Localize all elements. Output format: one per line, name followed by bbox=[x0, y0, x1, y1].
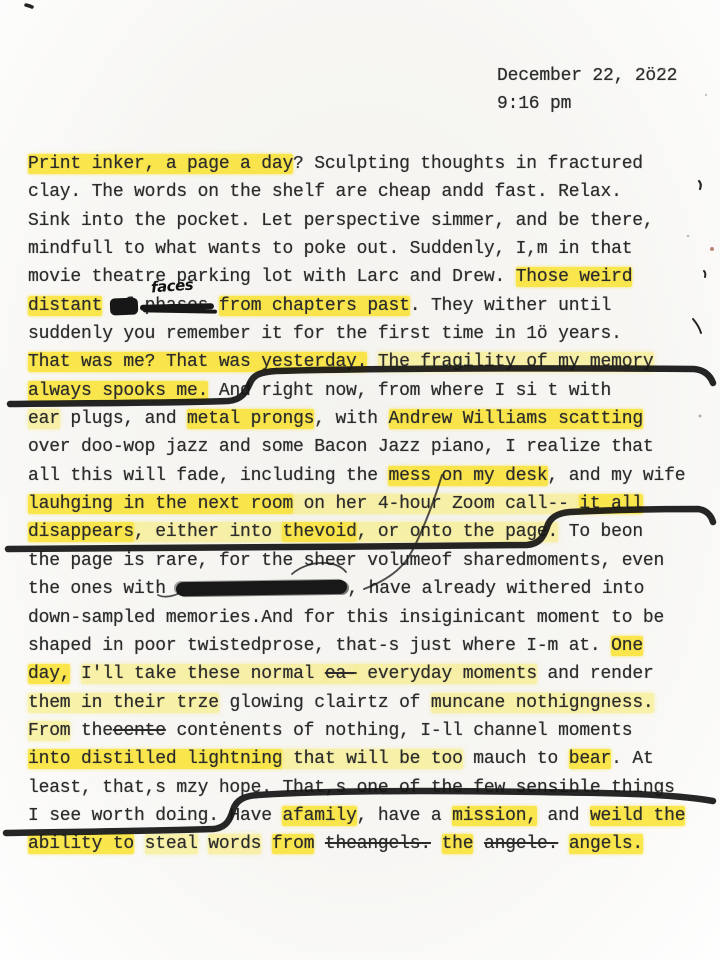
text-segment: plugs, and bbox=[60, 409, 187, 429]
highlighted-text: bear bbox=[569, 749, 611, 769]
highlighted-text: Print inker, a page a day bbox=[28, 154, 293, 174]
text-line: From theeente contėnents of nothing, I-l… bbox=[28, 717, 716, 745]
text-segment bbox=[198, 834, 209, 854]
text-segment: the ones with bbox=[28, 579, 176, 599]
typed-struck-text: angele. bbox=[484, 834, 558, 854]
text-line: disappears, either into thevoid, or onto… bbox=[28, 518, 716, 546]
text-segment: mauch to bbox=[463, 749, 569, 769]
text-line: distant of phasesfaces from chapters pas… bbox=[28, 292, 716, 320]
text-line: movie theatre parking lot with Larc and … bbox=[28, 263, 716, 291]
text-segment: and bbox=[537, 806, 590, 826]
highlighted-text: From bbox=[28, 721, 70, 741]
text-line: Print inker, a page a day? Sculpting tho… bbox=[28, 150, 716, 178]
text-segment: ? Sculpting thoughts in fractured bbox=[293, 154, 643, 174]
highlighted-text: I'll take these normal bbox=[81, 664, 325, 684]
highlighted-text: always spooks me. bbox=[28, 381, 208, 401]
text-line: all this will fade, including the mess o… bbox=[28, 462, 716, 490]
highlighted-text: mission, bbox=[452, 806, 537, 826]
text-line: mindfull to what wants to poke out. Sudd… bbox=[28, 235, 716, 263]
handwritten-correction: faces bbox=[150, 277, 193, 295]
scanned-journal-page: December 22, 2ö22 9:16 pm Print inker, a… bbox=[0, 0, 720, 960]
typed-body: Print inker, a page a day? Sculpting tho… bbox=[28, 150, 716, 859]
highlighted-text: words bbox=[208, 834, 261, 854]
highlighted-text: Those weird bbox=[516, 267, 633, 287]
highlighted-text: Andrew Williams scatting bbox=[389, 409, 643, 429]
text-line: I see worth doing. Have afamily, have a … bbox=[28, 802, 716, 830]
text-segment: , with bbox=[314, 409, 388, 429]
text-segment bbox=[134, 834, 145, 854]
text-line: suddenly you remember it for the first t… bbox=[28, 320, 716, 348]
highlighted-text: The fragility of my memory bbox=[378, 352, 654, 372]
text-segment: movie theatre parking lot with Larc and … bbox=[28, 267, 516, 287]
text-segment bbox=[431, 834, 442, 854]
text-line: down-sampled memories.And for this insig… bbox=[28, 604, 716, 632]
correction-holder: phasesfaces bbox=[145, 296, 209, 316]
date-line: December 22, 2ö22 bbox=[497, 62, 677, 90]
text-segment: . They wither until bbox=[410, 296, 611, 316]
text-segment bbox=[558, 834, 569, 854]
text-segment: all this will fade, including the bbox=[28, 466, 388, 486]
highlighted-text: into distilled lightning bbox=[28, 749, 282, 769]
text-line: Sink into the pocket. Let perspective si… bbox=[28, 207, 716, 235]
text-segment: shaped in poor twistedprose, that-s just… bbox=[28, 636, 611, 656]
date-block: December 22, 2ö22 9:16 pm bbox=[497, 62, 677, 119]
text-line: them in their trze glowing clairtz of mu… bbox=[28, 689, 716, 717]
text-segment: I see worth doing. Have bbox=[28, 806, 282, 826]
text-segment: suddenly you remember it for the first t… bbox=[28, 324, 622, 344]
text-segment: clay. The words on the shelf are cheap a… bbox=[28, 182, 622, 202]
text-segment: down-sampled memories.And for this insig… bbox=[28, 608, 664, 628]
highlighted-text: from chapters past bbox=[219, 296, 410, 316]
text-segment bbox=[473, 834, 484, 854]
highlighted-text: everyday moments bbox=[357, 664, 537, 684]
highlighted-text: weild the bbox=[590, 806, 685, 826]
text-line: always spooks me. And right now, from wh… bbox=[28, 377, 716, 405]
text-segment: , have already withered into bbox=[347, 579, 644, 599]
text-segment: the page is rare, for the sheer volumeof… bbox=[28, 551, 664, 571]
highlighted-text: steal bbox=[145, 834, 198, 854]
text-segment bbox=[314, 834, 325, 854]
text-line: into distilled lightning that will be to… bbox=[28, 745, 716, 773]
highlighted-text: from bbox=[272, 834, 314, 854]
text-segment: over doo-wop jazz and some Bacon Jazz pi… bbox=[28, 437, 654, 457]
highlighted-text: ability to bbox=[28, 834, 134, 854]
typed-struck-text: eente bbox=[113, 721, 166, 741]
text-segment bbox=[261, 834, 272, 854]
text-segment: least, that,s mzy hope. That,s one of th… bbox=[28, 778, 675, 798]
text-segment: To beon bbox=[558, 522, 643, 542]
text-segment: . At bbox=[611, 749, 653, 769]
highlighted-text: lauhging in the next room bbox=[28, 494, 293, 514]
time-line: 9:16 pm bbox=[497, 90, 677, 118]
text-segment: mindfull to what wants to poke out. Sudd… bbox=[28, 239, 632, 259]
text-line: lauhging in the next room on her 4-hour … bbox=[28, 490, 716, 518]
highlighted-text: day, bbox=[28, 664, 70, 684]
text-line: shaped in poor twistedprose, that-s just… bbox=[28, 632, 716, 660]
text-segment: and render bbox=[537, 664, 654, 684]
highlighted-text: mess on my desk bbox=[388, 466, 547, 486]
highlighted-text: that will be too bbox=[282, 749, 462, 769]
highlighted-text: , or onto the page. bbox=[357, 522, 558, 542]
paper-fleck-top-left bbox=[26, 5, 32, 7]
text-segment bbox=[367, 352, 378, 372]
text-line: over doo-wop jazz and some Bacon Jazz pi… bbox=[28, 433, 716, 461]
highlighted-text: disappears bbox=[28, 522, 134, 542]
typed-struck-text: theangels. bbox=[325, 834, 431, 854]
text-segment: glowing clairtz of bbox=[219, 693, 431, 713]
highlighted-text: , either into bbox=[134, 522, 282, 542]
highlighted-text: afamily bbox=[282, 806, 356, 826]
text-segment: , have a bbox=[357, 806, 452, 826]
highlighted-text: the bbox=[442, 834, 474, 854]
text-line: the page is rare, for the sheer volumeof… bbox=[28, 547, 716, 575]
highlighted-text: angels. bbox=[569, 834, 643, 854]
text-segment: , and my wife bbox=[548, 466, 686, 486]
highlighted-text: That was me? That was yesterday. bbox=[28, 352, 367, 372]
text-segment: contėnents of nothing, I-ll channel mome… bbox=[166, 721, 632, 741]
highlighted-text: them in their trze bbox=[28, 693, 219, 713]
highlighted-text: ea- bbox=[325, 664, 357, 684]
text-line: ability to steal words from theangels. t… bbox=[28, 830, 716, 858]
text-line: That was me? That was yesterday. The fra… bbox=[28, 348, 716, 376]
highlighted-text: ear bbox=[28, 409, 60, 429]
highlighted-text: muncane nothigngness. bbox=[431, 693, 654, 713]
highlighted-text: metal prongs bbox=[187, 409, 314, 429]
highlighted-text: on her 4-hour Zoom call-- bbox=[293, 494, 579, 514]
text-line: ear plugs, and metal prongs, with Andrew… bbox=[28, 405, 716, 433]
text-line: day, I'll take these normal ea- everyday… bbox=[28, 660, 716, 688]
text-segment: Sink into the pocket. Let perspective si… bbox=[28, 211, 654, 231]
text-segment: the bbox=[70, 721, 112, 741]
highlighted-text: distant bbox=[28, 296, 102, 316]
text-segment bbox=[70, 664, 81, 684]
highlighted-text: One bbox=[611, 636, 643, 656]
text-line: the ones with , have already withered in… bbox=[28, 575, 716, 603]
highlighted-text: it all bbox=[579, 494, 643, 514]
pen-struck-text: of bbox=[113, 296, 134, 316]
pen-redacted-text bbox=[176, 579, 347, 595]
text-line: least, that,s mzy hope. That,s one of th… bbox=[28, 774, 716, 802]
highlighted-text: thevoid bbox=[282, 522, 356, 542]
pen-struck-text: phases bbox=[145, 296, 209, 316]
text-segment: And right now, from where I si t with bbox=[208, 381, 611, 401]
text-line: clay. The words on the shelf are cheap a… bbox=[28, 178, 716, 206]
